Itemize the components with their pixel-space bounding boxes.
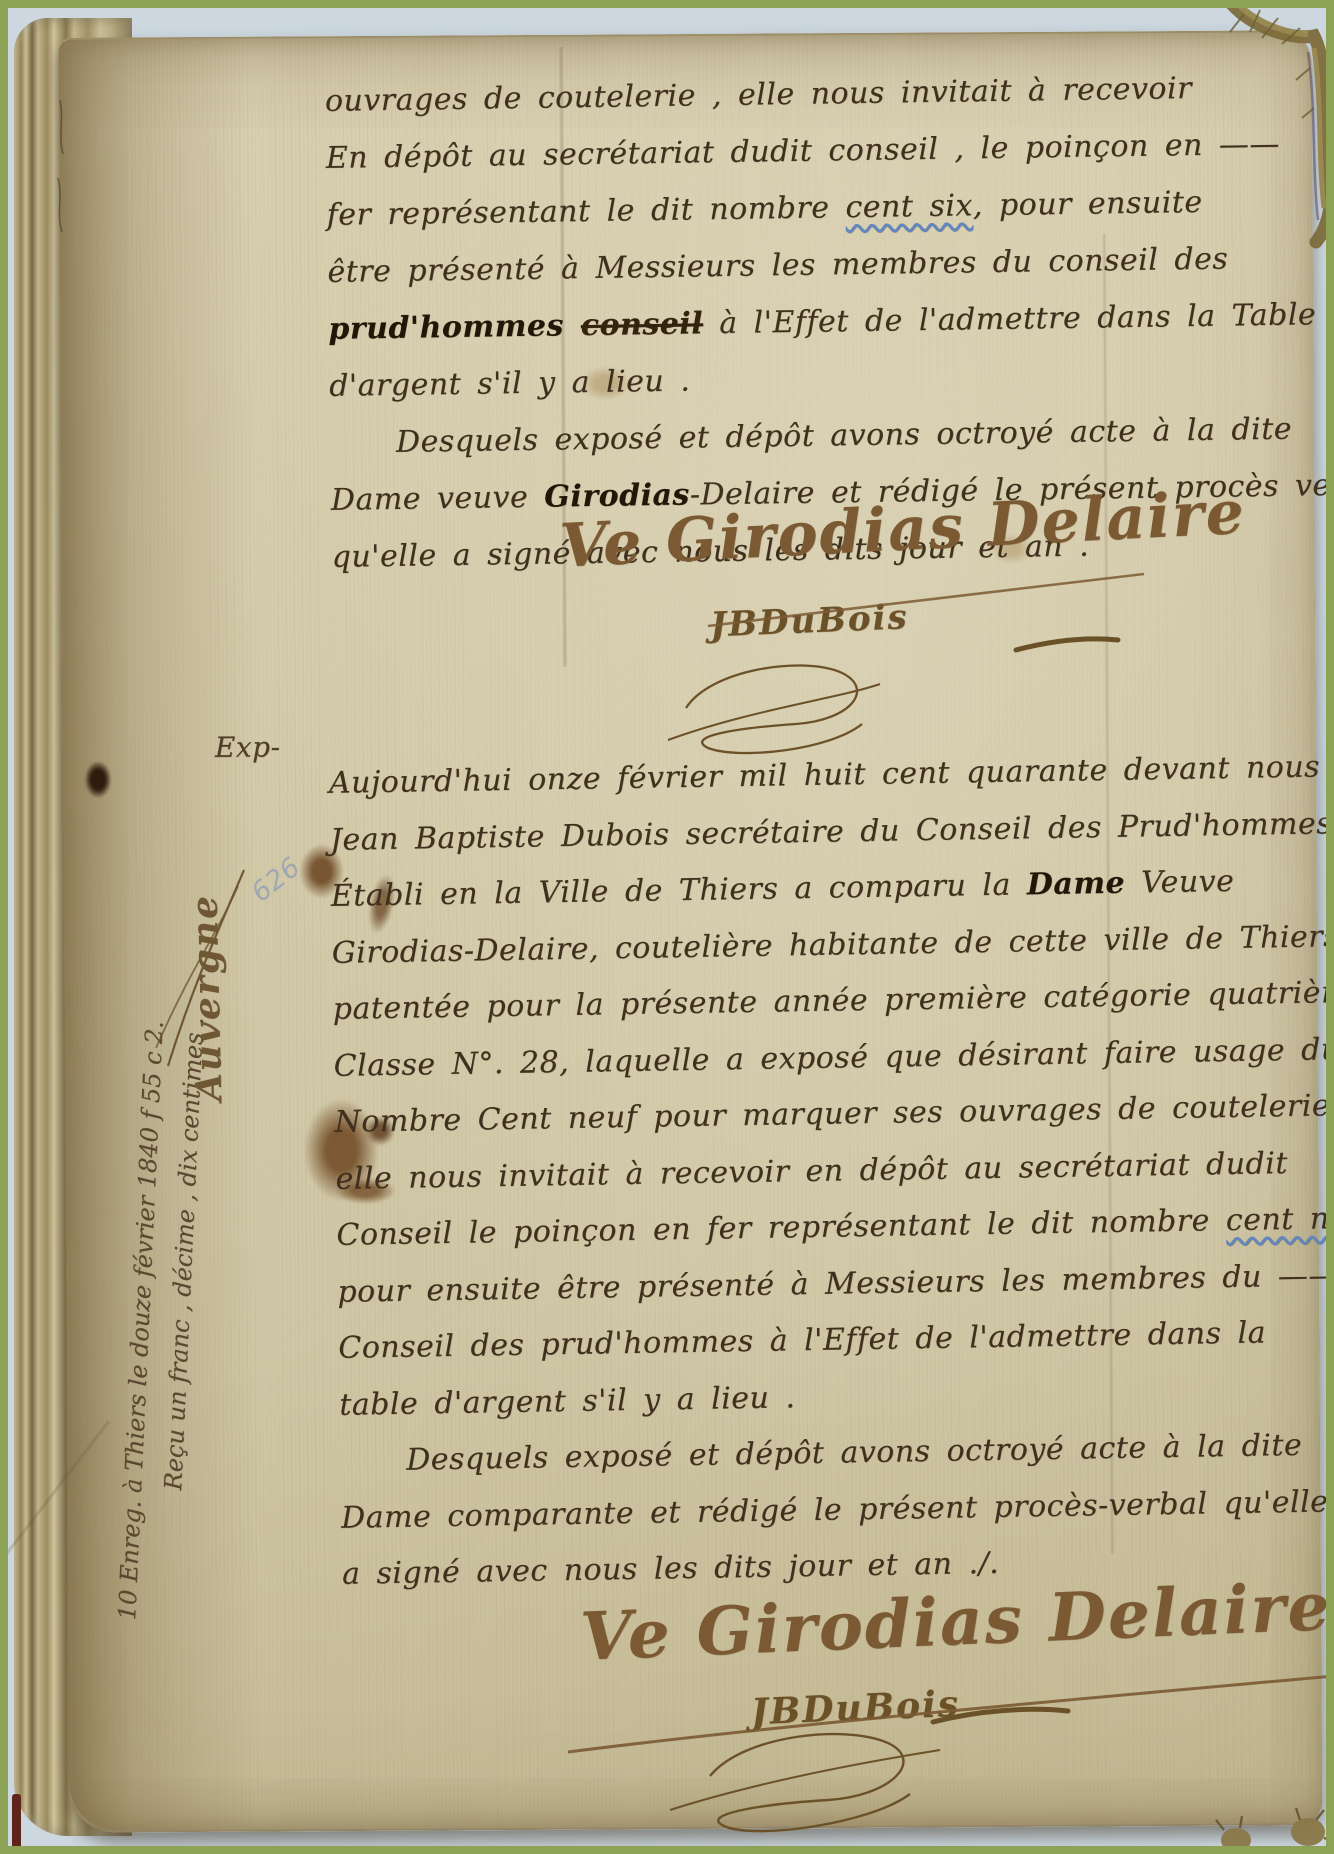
line-text: Desquels exposé et dépôt avons octroyé a… <box>406 1428 1303 1478</box>
line-text: table d'argent s'il y a lieu . <box>339 1380 796 1423</box>
line-text: Classe N°. 28, laquelle a exposé que dés… <box>333 1032 1334 1084</box>
line-text: pour ensuite être présenté à Messieurs l… <box>337 1258 1334 1310</box>
registrar-signature: Auvergne <box>184 894 231 1102</box>
overwritten-word: Dame <box>1027 866 1126 903</box>
line-text: patentée pour la présente année première… <box>332 975 1334 1027</box>
number-cent-neuf-blue-underlined: cent neuf <box>1226 1201 1334 1239</box>
ink-blot <box>85 762 111 798</box>
line-text: Nombre Cent neuf pour marquer ses ouvrag… <box>334 1088 1334 1140</box>
line-text: à l'Effet de l'admettre dans la Table —— <box>703 296 1334 341</box>
scanned-register-photo: ouvrages de coutelerie , elle nous invit… <box>0 0 1334 1854</box>
signature-jb-dubois: JBDuBois <box>750 1683 961 1734</box>
signature-jb-dubois: JBDuBois <box>709 597 909 645</box>
line-text: Dame veuve <box>331 480 545 518</box>
struck-out-word: conseil <box>581 306 704 343</box>
line-text: Desquels exposé et dépôt avons octroyé a… <box>396 412 1293 460</box>
line-text: Conseil des prud'hommes à l'Effet de l'a… <box>338 1315 1266 1365</box>
line-text: ouvrages de coutelerie , elle nous invit… <box>325 71 1192 119</box>
line-text: d'argent s'il y a lieu . <box>329 363 691 403</box>
overwritten-word: prud'hommes <box>328 308 581 347</box>
line-text: être présenté à Messieurs les membres du… <box>327 241 1228 289</box>
line-text: Jean Baptiste Dubois secrétaire du Conse… <box>330 804 1334 857</box>
line-text: Établi en la Ville de Thiers a comparu l… <box>331 867 1028 914</box>
line-text: fer représentant le dit nombre <box>326 190 845 233</box>
line-text: En dépôt au secrétariat dudit conseil , … <box>326 127 1281 176</box>
number-cent-six-blue-underlined: cent six <box>845 188 973 225</box>
line-text: Conseil le poinçon en fer représentant l… <box>336 1203 1226 1253</box>
line-text: Girodias-Delaire, coutelière habitante d… <box>331 918 1334 970</box>
manuscript-paragraph-2: Aujourd'hui onze février mil huit cent q… <box>329 738 1334 1603</box>
line-text: Veuve <box>1125 864 1235 901</box>
register-page: ouvrages de coutelerie , elle nous invit… <box>59 30 1323 1833</box>
line-text: Aujourd'hui onze février mil huit cent q… <box>329 749 1321 800</box>
line-text: Dame comparante et rédigé le présent pro… <box>341 1484 1329 1535</box>
line-text: , pour ensuite <box>973 185 1203 223</box>
line-text: elle nous invitait à recevoir en dépôt a… <box>335 1146 1288 1197</box>
